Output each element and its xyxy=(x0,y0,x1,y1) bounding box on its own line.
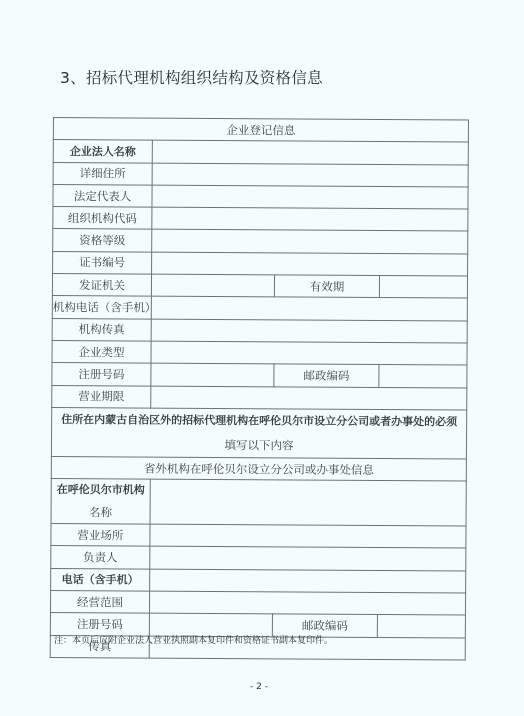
field-branch-name[interactable] xyxy=(150,479,466,526)
notice-line-2: 填写以下内容 xyxy=(52,432,466,459)
field-cert-no[interactable] xyxy=(152,252,468,276)
label-manager: 负责人 xyxy=(51,546,150,569)
label-address: 详细住所 xyxy=(53,162,152,185)
field-fax[interactable] xyxy=(151,319,467,343)
label-reg-no: 注册号码 xyxy=(52,363,151,386)
field-validity[interactable] xyxy=(379,276,467,299)
label-legal-name: 企业法人名称 xyxy=(53,140,152,163)
page-number: - 2 - xyxy=(250,682,268,692)
label-phone: 机构电话（含手机） xyxy=(52,296,151,319)
label-issuer: 发证机关 xyxy=(52,274,151,297)
notice-out-of-region: 住所在内蒙古自治区外的招标代理机构在呼伦贝尔市设立分公司或者办事处的必须 填写以… xyxy=(51,407,466,459)
label-validity: 有效期 xyxy=(274,275,379,298)
field-premises[interactable] xyxy=(150,524,466,548)
field-reg-no[interactable] xyxy=(151,363,274,386)
label-org-code: 组织机构代码 xyxy=(53,207,152,230)
field-issuer[interactable] xyxy=(151,274,274,297)
label-branch-phone: 电话（含手机） xyxy=(51,568,150,591)
label-scope: 经营范围 xyxy=(50,591,149,614)
field-branch-phone[interactable] xyxy=(150,569,466,593)
label-premises: 营业场所 xyxy=(51,524,150,547)
label-branch-name: 在呼伦贝尔市机构 名称 xyxy=(51,479,150,525)
section-header-branch: 省外机构在呼伦贝尔设立分公司或办事处信息 xyxy=(51,456,466,481)
qualification-form-table: 企业登记信息 企业法人名称 详细住所 法定代表人 组织机构代码 资格等级 证书编… xyxy=(50,117,469,660)
label-cert-no: 证书编号 xyxy=(53,251,152,274)
field-scope[interactable] xyxy=(149,591,465,615)
label-company-type: 企业类型 xyxy=(52,340,151,363)
field-legal-name[interactable] xyxy=(152,140,468,164)
label-branch-name-line-2: 名称 xyxy=(52,501,150,524)
field-org-code[interactable] xyxy=(152,207,468,231)
footnote: 注：本页后应附企业法人营业执照副本复印件和资格证书副本复印件。 xyxy=(54,633,333,646)
field-company-type[interactable] xyxy=(151,341,467,365)
field-branch-postcode[interactable] xyxy=(377,615,465,638)
label-postcode: 邮政编码 xyxy=(274,364,379,387)
field-qual-level[interactable] xyxy=(152,230,468,254)
field-address[interactable] xyxy=(152,163,468,187)
field-manager[interactable] xyxy=(150,547,466,571)
notice-line-1: 住所在内蒙古自治区外的招标代理机构在呼伦贝尔市设立分公司或者办事处的必须 xyxy=(52,408,466,435)
field-legal-rep[interactable] xyxy=(152,185,468,209)
field-business-term[interactable] xyxy=(151,386,467,410)
field-postcode[interactable] xyxy=(379,365,467,388)
label-business-term: 营业期限 xyxy=(52,385,151,408)
label-branch-name-line-1: 在呼伦贝尔市机构 xyxy=(52,479,150,502)
label-fax: 机构传真 xyxy=(52,318,151,341)
section-title: 3、招标代理机构组织结构及资格信息 xyxy=(60,66,323,88)
section-header-registration: 企业登记信息 xyxy=(53,118,468,143)
label-qual-level: 资格等级 xyxy=(53,229,152,252)
label-legal-rep: 法定代表人 xyxy=(53,184,152,207)
field-phone[interactable] xyxy=(151,296,467,320)
